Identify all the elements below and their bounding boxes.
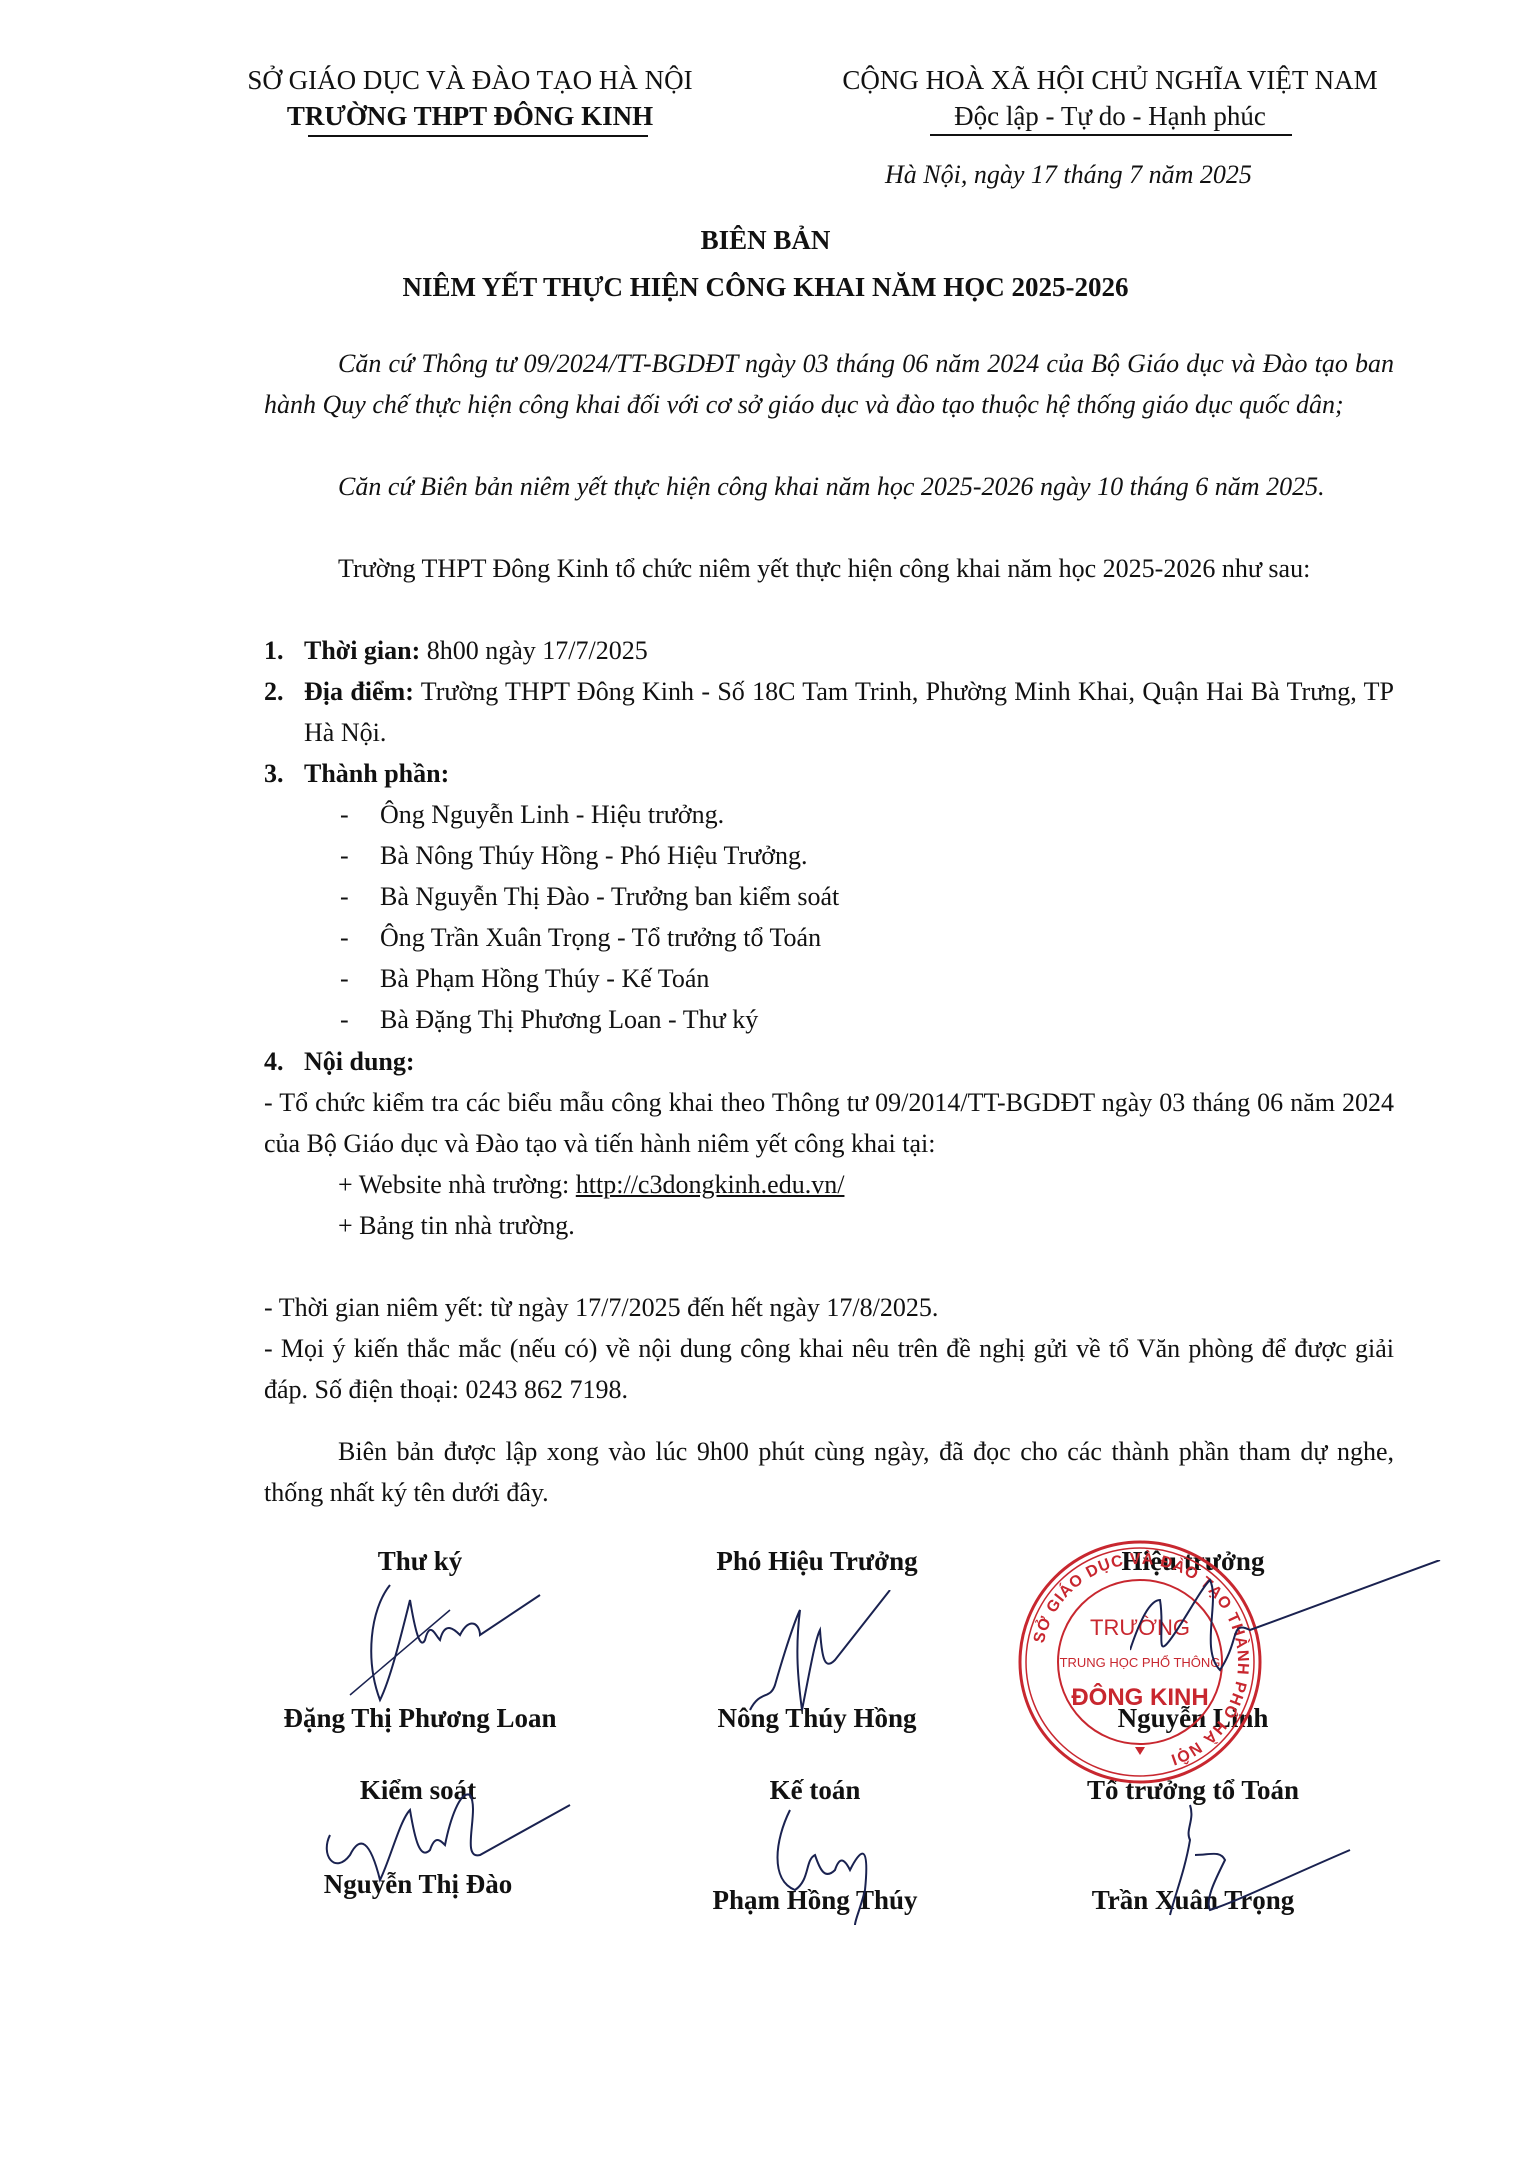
section-number-content: 4. <box>264 1041 284 1082</box>
posting-period: - Thời gian niêm yết: từ ngày 17/7/2025 … <box>264 1287 1394 1328</box>
issuing-authority: SỞ GIÁO DỤC VÀ ĐÀO TẠO HÀ NỘI TRƯỜNG THP… <box>220 62 720 134</box>
place-value: Trường THPT Đông Kinh - Số 18C Tam Trinh… <box>304 677 1394 747</box>
website-link[interactable]: http://c3dongkinh.edu.vn/ <box>576 1170 845 1199</box>
signature-controller <box>320 1780 580 1900</box>
member-text: Ông Trần Xuân Trọng - Tổ trưởng tổ Toán <box>380 923 821 952</box>
dash-bullet: - <box>340 835 380 876</box>
member-text: Bà Phạm Hồng Thúy - Kế Toán <box>380 964 709 993</box>
legal-basis-2: Căn cứ Biên bản niêm yết thực hiện công … <box>264 466 1394 507</box>
document-subtitle: NIÊM YẾT THỰC HIỆN CÔNG KHAI NĂM HỌC 202… <box>0 272 1531 303</box>
motto-underline <box>930 134 1292 136</box>
content-board: + Bảng tin nhà trường. <box>338 1205 575 1246</box>
member-text: Bà Đặng Thị Phương Loan - Thư ký <box>380 1005 758 1034</box>
intro-paragraph: Trường THPT Đông Kinh tổ chức niêm yết t… <box>264 548 1394 589</box>
member-item: -Ông Nguyễn Linh - Hiệu trưởng. <box>340 794 724 835</box>
closing-paragraph: Biên bản được lập xong vào lúc 9h00 phút… <box>264 1431 1394 1513</box>
section-number-members: 3. <box>264 753 284 794</box>
member-text: Ông Nguyễn Linh - Hiệu trưởng. <box>380 800 724 829</box>
section-number-time: 1. <box>264 630 284 671</box>
school-name-underline <box>308 135 648 137</box>
signature-principal <box>1130 1560 1450 1700</box>
member-text: Bà Nguyễn Thị Đào - Trưởng ban kiểm soát <box>380 882 839 911</box>
contact-info: - Mọi ý kiến thắc mắc (nếu có) về nội du… <box>264 1328 1394 1410</box>
dash-bullet: - <box>340 794 380 835</box>
signatory-role: Thư ký <box>220 1543 620 1579</box>
signature-secretary <box>330 1580 550 1720</box>
time-value: 8h00 ngày 17/7/2025 <box>420 636 648 665</box>
signature-accountant <box>760 1800 920 1930</box>
document-date: Hà Nội, ngày 17 tháng 7 năm 2025 <box>885 160 1252 190</box>
place-label: Địa điểm: <box>304 677 414 706</box>
member-item: -Bà Nguyễn Thị Đào - Trưởng ban kiểm soá… <box>340 876 839 917</box>
website-label: + Website nhà trường: <box>338 1170 576 1199</box>
dash-bullet: - <box>340 917 380 958</box>
school-name: TRƯỜNG THPT ĐÔNG KINH <box>220 98 720 134</box>
section-time: Thời gian: 8h00 ngày 17/7/2025 <box>304 630 1394 671</box>
section-number-place: 2. <box>264 671 284 712</box>
national-motto: Độc lập - Tự do - Hạnh phúc <box>780 98 1440 134</box>
dash-bullet: - <box>340 876 380 917</box>
member-item: -Bà Đặng Thị Phương Loan - Thư ký <box>340 999 758 1040</box>
dash-bullet: - <box>340 999 380 1040</box>
signature-vice-principal <box>740 1590 900 1730</box>
member-item: -Bà Nông Thúy Hồng - Phó Hiệu Trưởng. <box>340 835 808 876</box>
dash-bullet: - <box>340 958 380 999</box>
content-label: Nội dung: <box>304 1041 1394 1082</box>
section-place: Địa điểm: Trường THPT Đông Kinh - Số 18C… <box>304 671 1394 753</box>
department-name: SỞ GIÁO DỤC VÀ ĐÀO TẠO HÀ NỘI <box>220 62 720 98</box>
document-title: BIÊN BẢN <box>0 225 1531 256</box>
content-website: + Website nhà trường: http://c3dongkinh.… <box>338 1164 844 1205</box>
time-label: Thời gian: <box>304 636 420 665</box>
member-item: -Ông Trần Xuân Trọng - Tổ trưởng tổ Toán <box>340 917 821 958</box>
content-check: - Tổ chức kiểm tra các biểu mẫu công kha… <box>264 1082 1394 1164</box>
national-header: CỘNG HOÀ XÃ HỘI CHỦ NGHĨA VIỆT NAM Độc l… <box>780 62 1440 134</box>
member-text: Bà Nông Thúy Hồng - Phó Hiệu Trưởng. <box>380 841 808 870</box>
legal-basis-1: Căn cứ Thông tư 09/2024/TT-BGDĐT ngày 03… <box>264 343 1394 425</box>
members-label: Thành phần: <box>304 753 1394 794</box>
member-item: -Bà Phạm Hồng Thúy - Kế Toán <box>340 958 709 999</box>
signature-math-head <box>1150 1800 1370 1930</box>
country-name: CỘNG HOÀ XÃ HỘI CHỦ NGHĨA VIỆT NAM <box>780 62 1440 98</box>
signatory-role: Phó Hiệu Trưởng <box>617 1543 1017 1579</box>
